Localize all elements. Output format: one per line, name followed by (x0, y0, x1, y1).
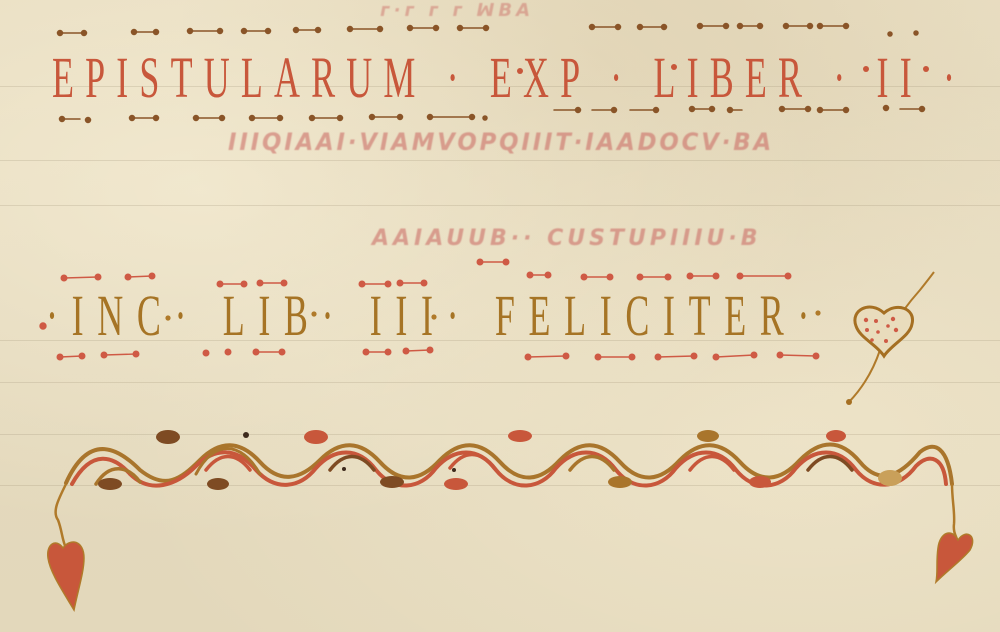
decorative-wave-border (0, 0, 1000, 632)
pendant-heart-left-icon (48, 484, 84, 610)
heart-ornament-icon (846, 272, 934, 405)
pendant-heart-right-icon (936, 484, 973, 582)
